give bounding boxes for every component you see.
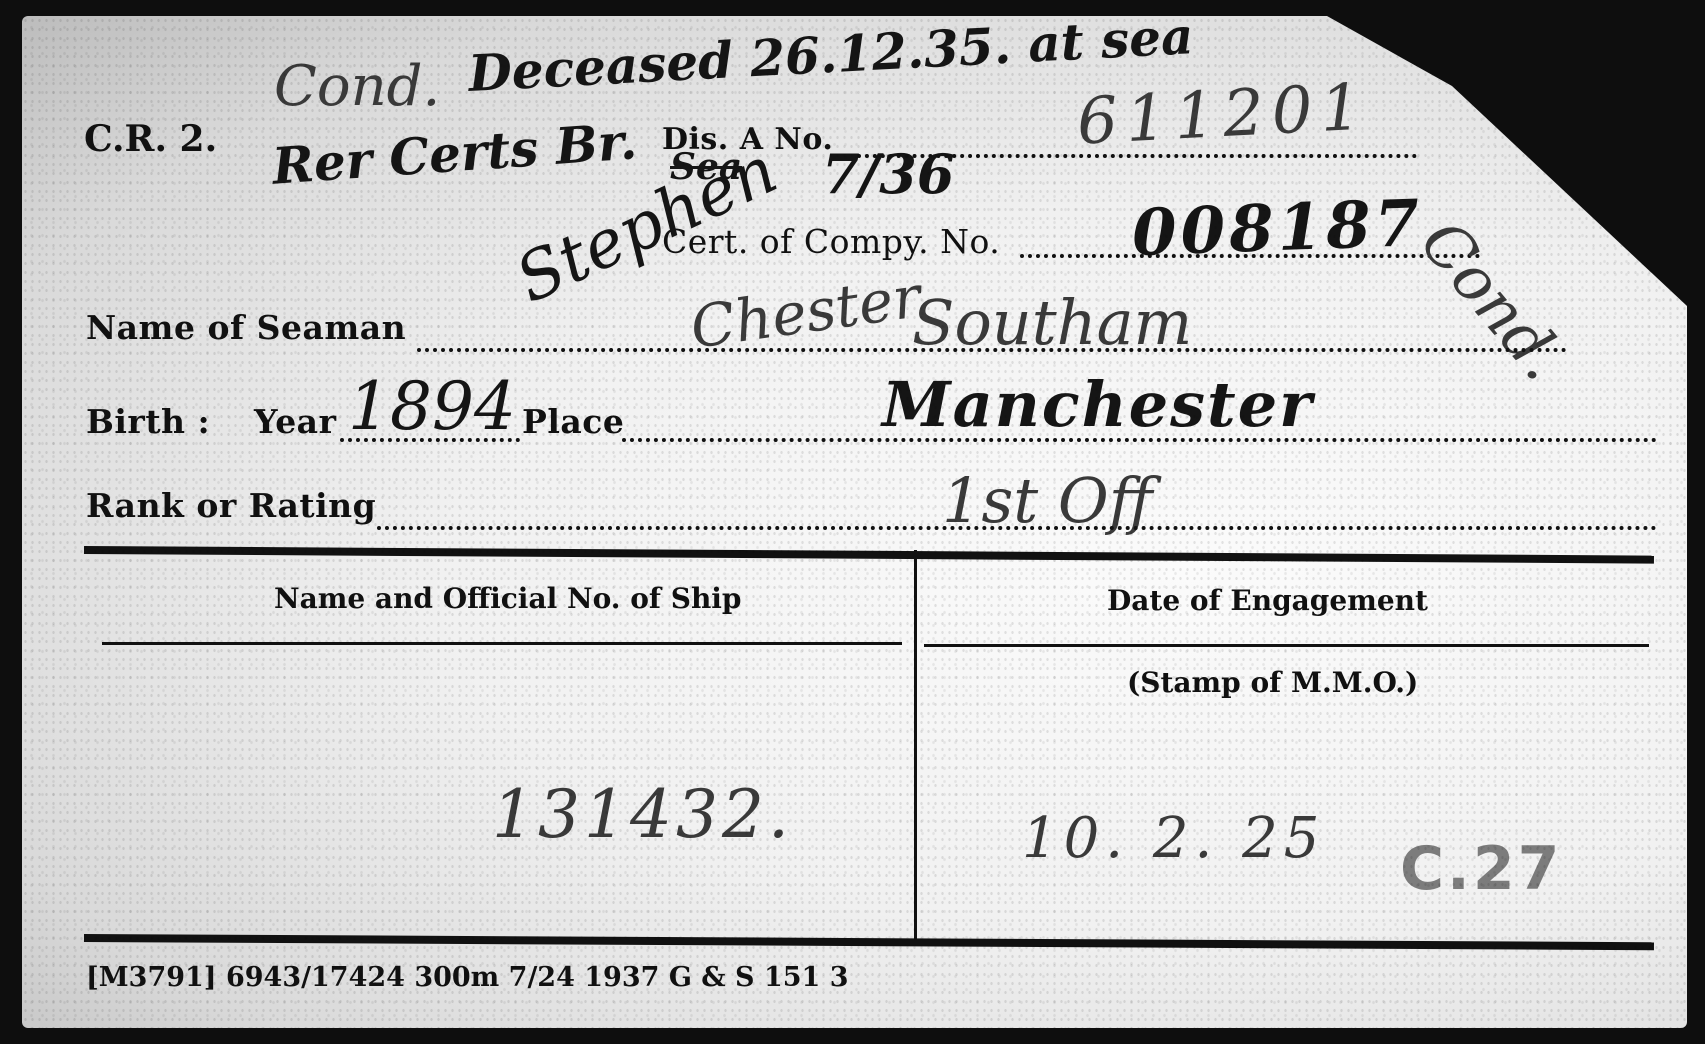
table-bottom-rule [84,934,1654,950]
seaman-middle-name: Chester [686,262,924,362]
ship-official-number: 131432. [492,776,793,853]
rank-label: Rank or Rating [86,486,376,525]
rank-dotted-line [377,526,1657,530]
stamp-subheader: (Stamp of M.M.O.) [1127,666,1418,699]
table-column-divider [914,550,917,946]
header-rule-left [102,642,902,645]
place-dotted-line [622,438,1657,442]
mmo-stamp: C.27 [1400,834,1562,904]
cond-note: Cond. [274,54,440,119]
year-dotted-line [340,438,520,442]
engagement-date: 10. 2. 25 [1022,806,1325,871]
place-label: Place [522,402,624,441]
name-label: Name of Seaman [86,308,406,347]
date-column-header: Date of Engagement [1107,584,1428,617]
year-label: Year [254,402,336,441]
margin-cond-note: Cond. [1406,206,1580,394]
cert-number: 008187 [1131,186,1425,271]
form-code: C.R. 2. [84,118,217,160]
discharge-number: 611201 [1075,70,1371,159]
name-dotted-line [417,348,1567,352]
header-rule-right [924,644,1649,647]
birth-year: 1894 [348,368,516,445]
birth-label: Birth : [86,402,210,441]
reference-note: Rer Certs Br. [270,111,638,195]
table-top-rule [84,546,1654,564]
footer-imprint: [M3791] 6943/17424 300m 7/24 1937 G & S … [86,962,849,993]
ship-column-header: Name and Official No. of Ship [274,582,742,615]
dis-a-dotted-line [857,154,1417,158]
seaman-record-card: Cond. Deceased 26.12.35. at sea 611201 C… [22,16,1687,1028]
dis-a-date: 7/36 [822,142,954,206]
birth-place: Manchester [882,368,1314,441]
